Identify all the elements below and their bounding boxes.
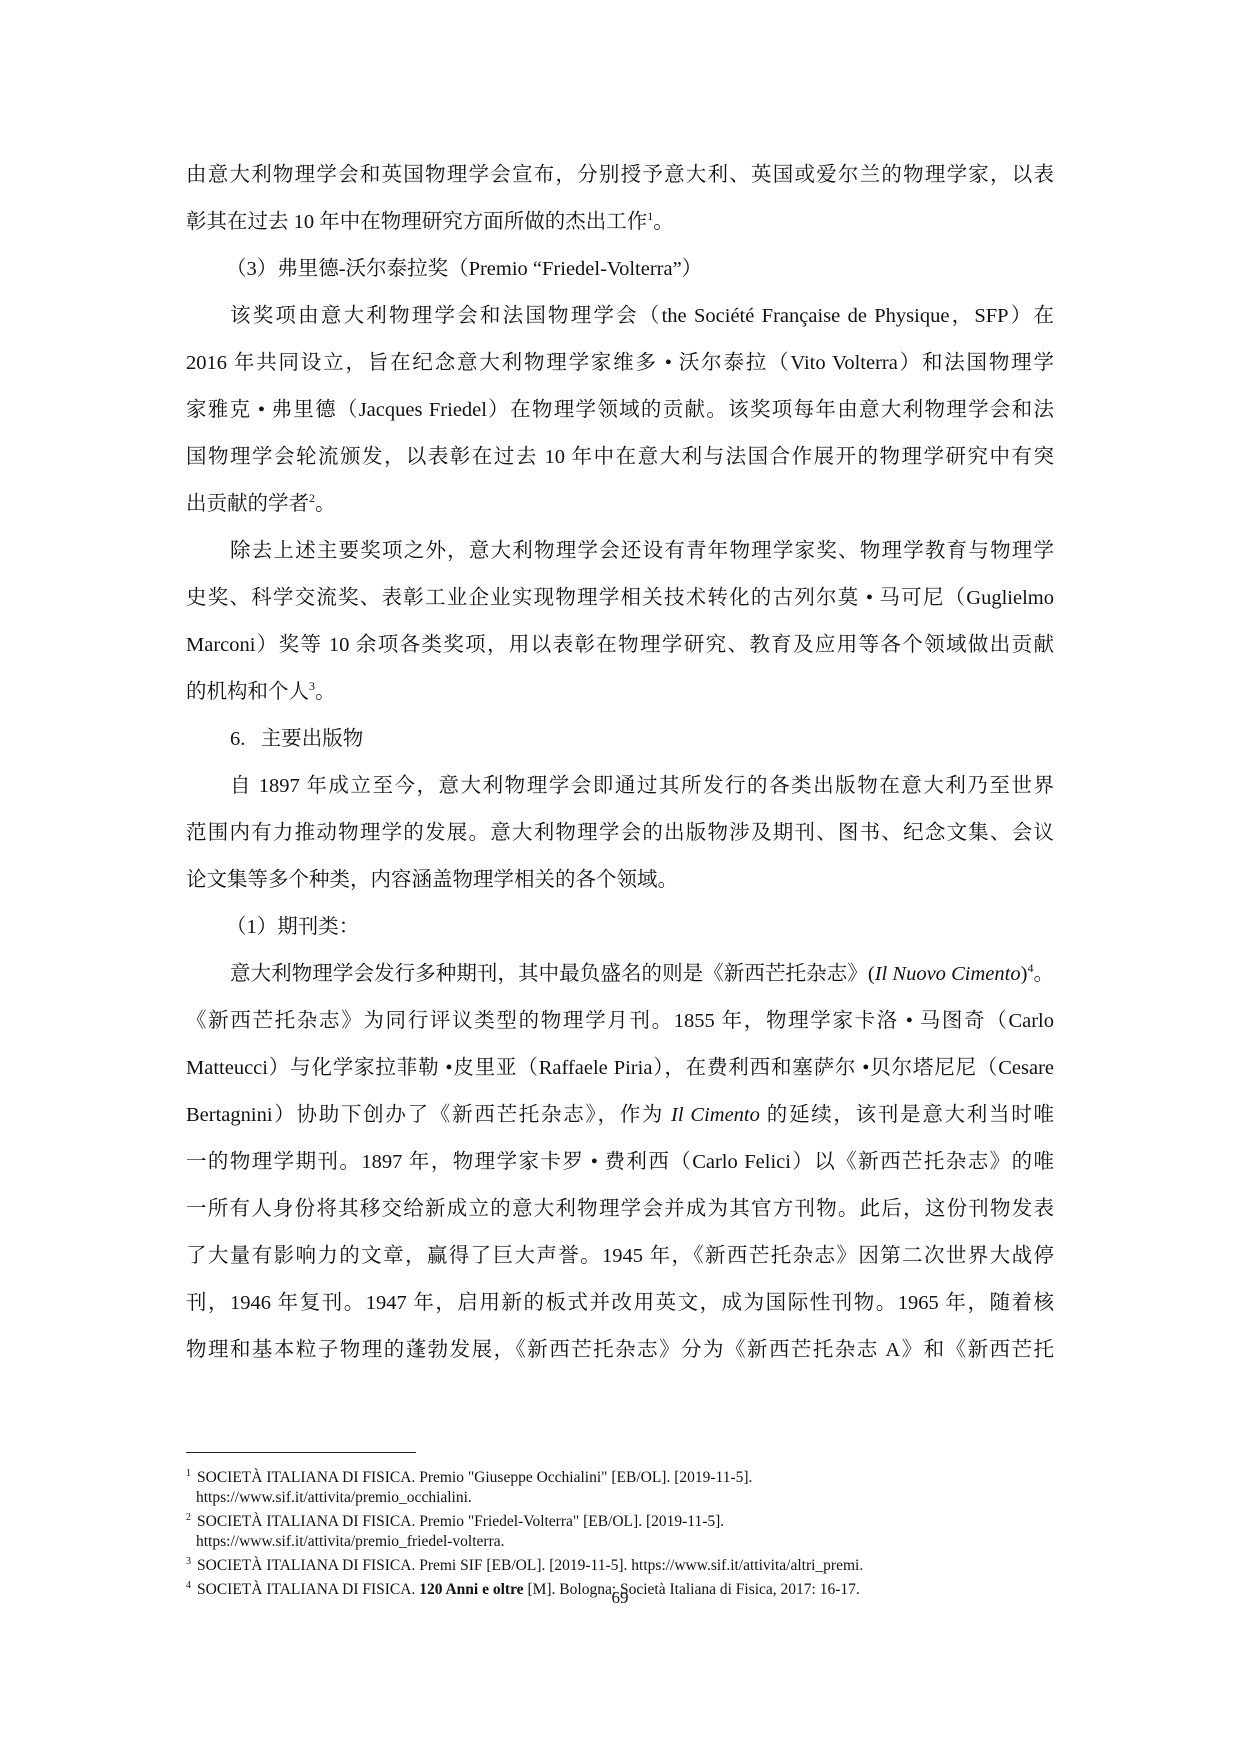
line-text: 。 [653, 211, 674, 233]
line-text: 范围内有力推动物理学的发展。意大利物理学会的出版物涉及期刊、图书、纪念文集、会议 [186, 822, 1054, 844]
footnote-2: 2SOCIETÀ ITALIANA DI FISICA. Premio "Fri… [186, 1508, 1066, 1532]
footnote-link[interactable]: https://www.sif.it/attivita/premio_fried… [196, 1533, 505, 1550]
paragraph-line: 2016 年共同设立，旨在纪念意大利物理学家维多 • 沃尔泰拉（Vito Vol… [186, 340, 1054, 387]
paragraph-line: 彰其在过去 10 年中在物理研究方面所做的杰出工作1。 [186, 199, 1054, 246]
line-text: 2016 年共同设立，旨在纪念意大利物理学家维多 • 沃尔泰拉（Vito Vol… [186, 352, 1054, 374]
line-text: 由意大利物理学会和英国物理学会宣布，分别授予意大利、英国或爱尔兰的物理学家，以表 [186, 164, 1054, 186]
footnotes: 1SOCIETÀ ITALIANA DI FISICA. Premio "Giu… [186, 1464, 1066, 1600]
line-text: 《新西芒托杂志》为同行评议类型的物理学月刊。1855 年，物理学家卡洛 • 马图… [186, 1010, 1054, 1032]
paragraph-line: 论文集等多个种类，内容涵盖物理学相关的各个领域。 [186, 857, 1054, 904]
paragraph-line: 出贡献的学者2。 [186, 481, 1054, 528]
line-text: 自 1897 年成立至今，意大利物理学会即通过其所发行的各类出版物在意大利乃至世… [230, 775, 1054, 797]
journal-title-italic: Il Cimento [671, 1104, 760, 1126]
subsection-heading-journals: （1）期刊类： [186, 904, 1054, 951]
footnote-mark: 2 [186, 1512, 191, 1523]
paragraph-line: 一所有人身份将其移交给新成立的意大利物理学会并成为其官方刊物。此后，这份刊物发表 [186, 1186, 1054, 1233]
paragraph-line: 自 1897 年成立至今，意大利物理学会即通过其所发行的各类出版物在意大利乃至世… [186, 763, 1054, 810]
line-text: 刊，1946 年复刊。1947 年，启用新的板式并改用英文，成为国际性刊物。19… [186, 1292, 1054, 1314]
footnote-3: 3SOCIETÀ ITALIANA DI FISICA. Premi SIF [… [186, 1552, 1066, 1576]
line-text: 彰其在过去 10 年中在物理研究方面所做的杰出工作 [186, 211, 647, 233]
line-text: 的机构和个人 [186, 681, 309, 703]
paragraph-line: 刊，1946 年复刊。1947 年，启用新的板式并改用英文，成为国际性刊物。19… [186, 1280, 1054, 1327]
section-heading-publications: 6. 主要出版物 [186, 716, 1054, 763]
line-text: 。 [315, 493, 336, 515]
paragraph-line: 的机构和个人3。 [186, 669, 1054, 716]
heading-text: 6. 主要出版物 [230, 728, 363, 750]
body-text: 由意大利物理学会和英国物理学会宣布，分别授予意大利、英国或爱尔兰的物理学家，以表… [186, 152, 1054, 1374]
footnote-separator [186, 1452, 416, 1453]
paragraph-line: 由意大利物理学会和英国物理学会宣布，分别授予意大利、英国或爱尔兰的物理学家，以表 [186, 152, 1054, 199]
paragraph-line: 一的物理学期刊。1897 年，物理学家卡罗 • 费利西（Carlo Felici… [186, 1139, 1054, 1186]
footnote-1-url[interactable]: https://www.sif.it/attivita/premio_occhi… [186, 1488, 1066, 1508]
paragraph-line: 《新西芒托杂志》为同行评议类型的物理学月刊。1855 年，物理学家卡洛 • 马图… [186, 998, 1054, 1045]
line-text: 史奖、科学交流奖、表彰工业企业实现物理学相关技术转化的古列尔莫 • 马可尼（Gu… [186, 587, 1054, 609]
line-text: 的延续，该刊是意大利当时唯 [760, 1104, 1054, 1126]
line-text: 出贡献的学者 [186, 493, 309, 515]
footnote-link[interactable]: https://www.sif.it/attivita/premio_occhi… [196, 1489, 472, 1506]
line-text: 除去上述主要奖项之外，意大利物理学会还设有青年物理学家奖、物理学教育与物理学 [230, 540, 1054, 562]
line-text: Matteucci）与化学家拉菲勒 •皮里亚（Raffaele Piria），在… [186, 1057, 1054, 1079]
footnote-2-url[interactable]: https://www.sif.it/attivita/premio_fried… [186, 1532, 1066, 1552]
line-text: 家雅克 • 弗里德（Jacques Friedel）在物理学领域的贡献。该奖项每… [186, 399, 1054, 421]
line-text: 一所有人身份将其移交给新成立的意大利物理学会并成为其官方刊物。此后，这份刊物发表 [186, 1198, 1054, 1220]
page-number: 69 [0, 1588, 1240, 1608]
footnote-mark: 1 [186, 1468, 191, 1479]
line-text: 。 [315, 681, 336, 703]
journal-title-italic: Il Nuovo Cimento [875, 963, 1021, 985]
paragraph-line: 了大量有影响力的文章，赢得了巨大声誉。1945 年，《新西芒托杂志》因第二次世界… [186, 1233, 1054, 1280]
footnote-text: SOCIETÀ ITALIANA DI FISICA. Premi SIF [E… [197, 1557, 863, 1574]
document-page: 由意大利物理学会和英国物理学会宣布，分别授予意大利、英国或爱尔兰的物理学家，以表… [0, 0, 1240, 1753]
paragraph-line: Bertagnini）协助下创办了《新西芒托杂志》，作为 Il Cimento … [186, 1092, 1054, 1139]
paragraph-line: Matteucci）与化学家拉菲勒 •皮里亚（Raffaele Piria），在… [186, 1045, 1054, 1092]
paragraph-line: 物理和基本粒子物理的蓬勃发展，《新西芒托杂志》分为《新西芒托杂志 A》和《新西芒… [186, 1327, 1054, 1374]
line-text: 论文集等多个种类，内容涵盖物理学相关的各个领域。 [186, 869, 678, 891]
line-text: Bertagnini）协助下创办了《新西芒托杂志》，作为 [186, 1104, 671, 1126]
line-text: 物理和基本粒子物理的蓬勃发展，《新西芒托杂志》分为《新西芒托杂志 A》和《新西芒… [186, 1339, 1054, 1361]
paragraph-line: 该奖项由意大利物理学会和法国物理学会（the Société Française… [186, 293, 1054, 340]
section-heading-friedel-volterra: （3）弗里德-沃尔泰拉奖（Premio “Friedel-Volterra”） [186, 246, 1054, 293]
line-text: 该奖项由意大利物理学会和法国物理学会（the Société Française… [230, 305, 1054, 327]
footnote-text: SOCIETÀ ITALIANA DI FISICA. Premio "Frie… [197, 1513, 724, 1530]
line-text: 国物理学会轮流颁发，以表彰在过去 10 年中在意大利与法国合作展开的物理学研究中… [186, 446, 1054, 468]
heading-text: （3）弗里德-沃尔泰拉奖（Premio “Friedel-Volterra”） [226, 258, 702, 280]
footnote-mark: 3 [186, 1556, 191, 1567]
line-text: 。 [1033, 963, 1054, 985]
line-text: Marconi）奖等 10 余项各类奖项，用以表彰在物理学研究、教育及应用等各个… [186, 634, 1054, 656]
line-text: 了大量有影响力的文章，赢得了巨大声誉。1945 年，《新西芒托杂志》因第二次世界… [186, 1245, 1054, 1267]
paragraph-line: 国物理学会轮流颁发，以表彰在过去 10 年中在意大利与法国合作展开的物理学研究中… [186, 434, 1054, 481]
paragraph-line: 意大利物理学会发行多种期刊，其中最负盛名的则是《新西芒托杂志》(Il Nuovo… [186, 951, 1054, 998]
paragraph-line: Marconi）奖等 10 余项各类奖项，用以表彰在物理学研究、教育及应用等各个… [186, 622, 1054, 669]
paragraph-line: 范围内有力推动物理学的发展。意大利物理学会的出版物涉及期刊、图书、纪念文集、会议 [186, 810, 1054, 857]
heading-text: （1）期刊类： [226, 916, 359, 938]
footnote-1: 1SOCIETÀ ITALIANA DI FISICA. Premio "Giu… [186, 1464, 1066, 1488]
paragraph-line: 家雅克 • 弗里德（Jacques Friedel）在物理学领域的贡献。该奖项每… [186, 387, 1054, 434]
paragraph-line: 除去上述主要奖项之外，意大利物理学会还设有青年物理学家奖、物理学教育与物理学 [186, 528, 1054, 575]
line-text: 意大利物理学会发行多种期刊，其中最负盛名的则是《新西芒托杂志》( [230, 963, 875, 985]
footnote-text: SOCIETÀ ITALIANA DI FISICA. Premio "Gius… [197, 1469, 752, 1486]
line-text: 一的物理学期刊。1897 年，物理学家卡罗 • 费利西（Carlo Felici… [186, 1151, 1054, 1173]
paragraph-line: 史奖、科学交流奖、表彰工业企业实现物理学相关技术转化的古列尔莫 • 马可尼（Gu… [186, 575, 1054, 622]
